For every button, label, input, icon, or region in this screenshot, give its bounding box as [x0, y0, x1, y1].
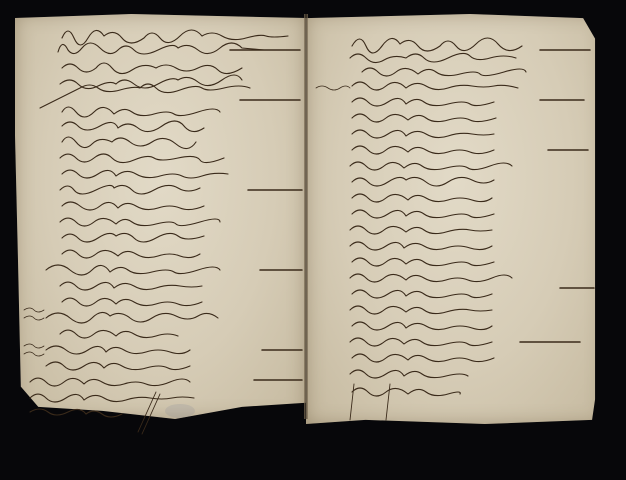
left-page-text-lines [24, 30, 302, 434]
manuscript-spread: handwritten manuscript, two-page spread … [0, 0, 626, 480]
right-page-text-lines [316, 38, 594, 420]
handwriting-ink [0, 0, 626, 480]
